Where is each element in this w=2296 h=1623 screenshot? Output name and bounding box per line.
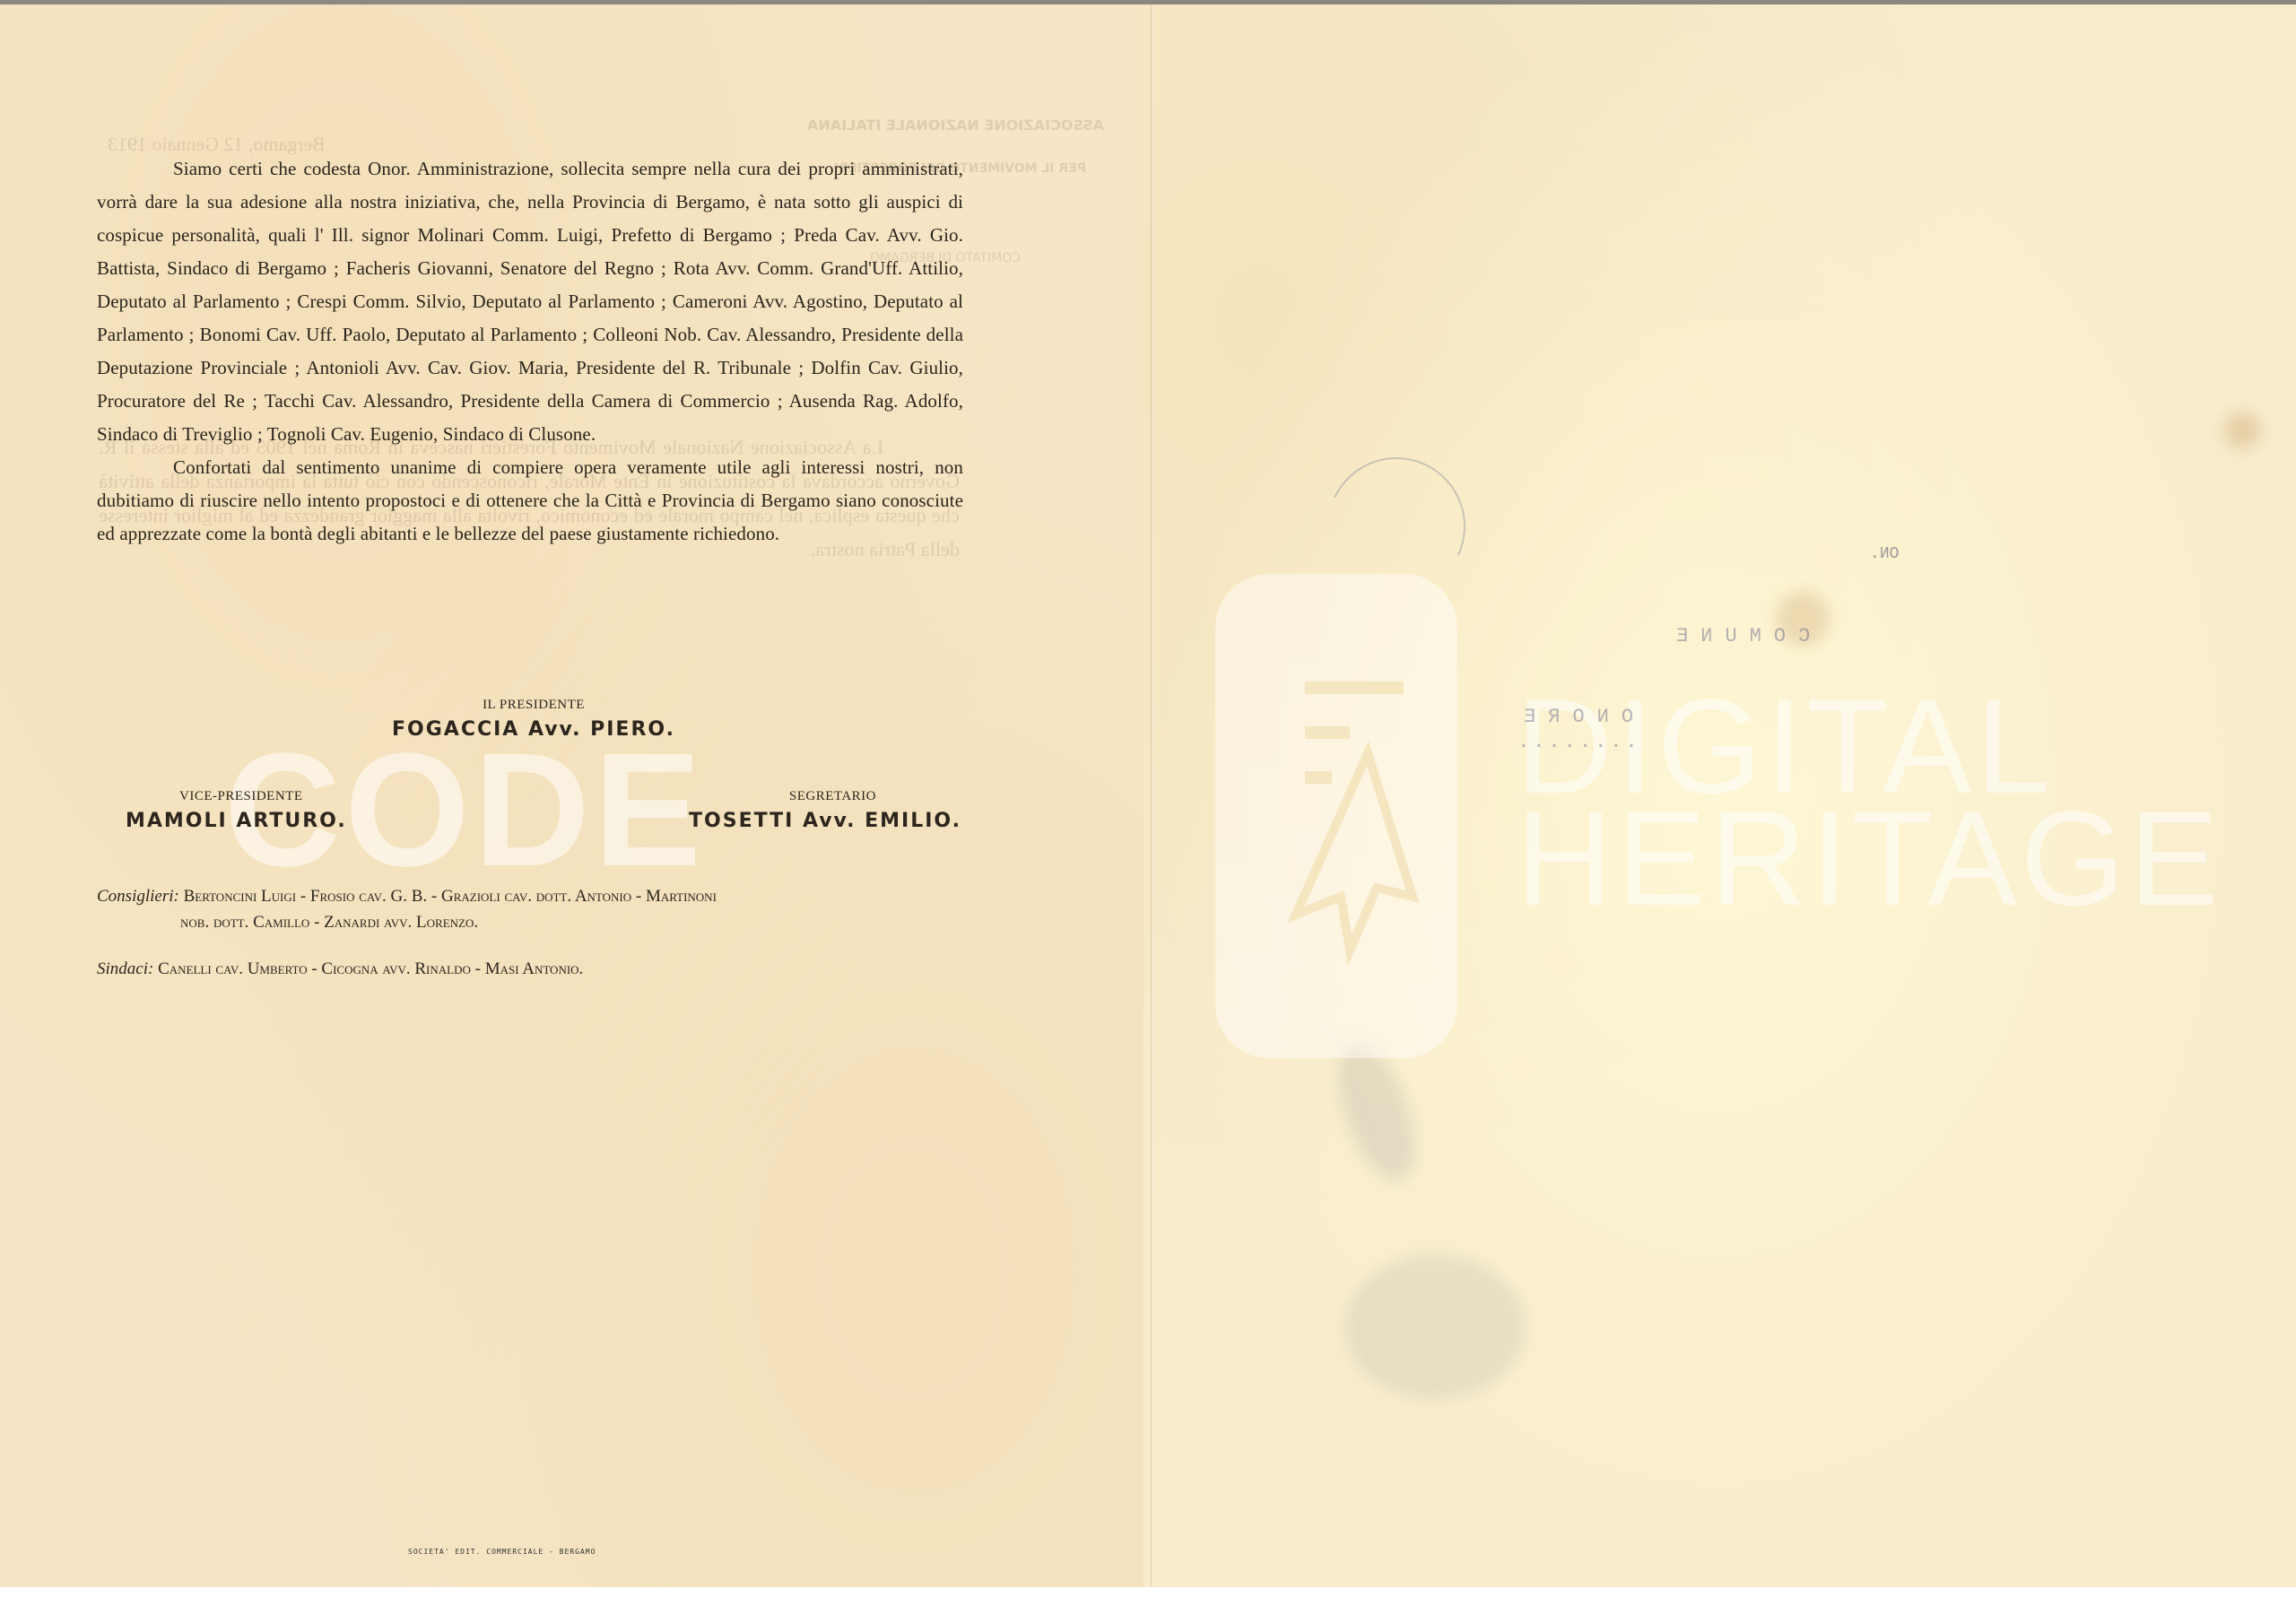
councillors-list-1: Bertoncini Luigi - Frosio cav. G. B. - G… <box>184 887 717 906</box>
address-dots: ........ <box>1514 731 1638 753</box>
committee-auditors: Sindaci: Canelli cav. Umberto - Cicogna … <box>97 954 967 985</box>
signature-president: Il Presidente FOGACCIA Avv. PIERO. <box>386 698 682 741</box>
watermark-right-line2: HERITAGE <box>1516 803 2222 915</box>
bleed-letterhead-1: ASSOCIAZIONE NAZIONALE ITALIANA <box>807 117 1104 134</box>
vice-president-name: MAMOLI ARTURO. <box>126 810 386 832</box>
councillors-label: Consiglieri: <box>97 887 179 906</box>
president-name: FOGACCIA Avv. PIERO. <box>386 718 682 741</box>
vice-president-title: Vice-Presidente <box>126 789 386 804</box>
address-line-comune: COMUNE <box>1664 625 1810 647</box>
auditors-label: Sindaci: <box>97 959 153 978</box>
president-title: Il Presidente <box>386 698 682 713</box>
address-prefix: ON. <box>1870 545 1899 563</box>
printer-imprint: SOCIETA' EDIT. COMMERCIALE - BERGAMO <box>408 1548 596 1556</box>
letter-body: Siamo certi che codesta Onor. Amministra… <box>97 152 963 551</box>
signature-secretary: Segretario TOSETTI Avv. EMILIO. <box>674 789 961 832</box>
stain <box>2224 412 2260 448</box>
page-fold <box>1151 4 1153 1587</box>
stain <box>1345 1255 1525 1399</box>
committee-councillors-cont: nob. dott. Camillo - Zanardi avv. Lorenz… <box>97 907 1050 938</box>
paragraph-supporters: Siamo certi che codesta Onor. Amministra… <box>97 152 963 451</box>
auditors-list: Canelli cav. Umberto - Cicogna avv. Rina… <box>158 959 583 978</box>
councillors-list-2: nob. dott. Camillo - Zanardi avv. Lorenz… <box>180 913 478 932</box>
secretary-name: TOSETTI Avv. EMILIO. <box>674 810 961 832</box>
paragraph-closing: Confortati dal sentimento unanime di com… <box>97 451 963 551</box>
scroll-cursor-icon <box>1197 574 1457 1076</box>
secretary-title: Segretario <box>674 789 961 804</box>
address-line-onore: ONORE <box>1511 706 1633 728</box>
signature-vice-president: Vice-Presidente MAMOLI ARTURO. <box>126 789 386 832</box>
